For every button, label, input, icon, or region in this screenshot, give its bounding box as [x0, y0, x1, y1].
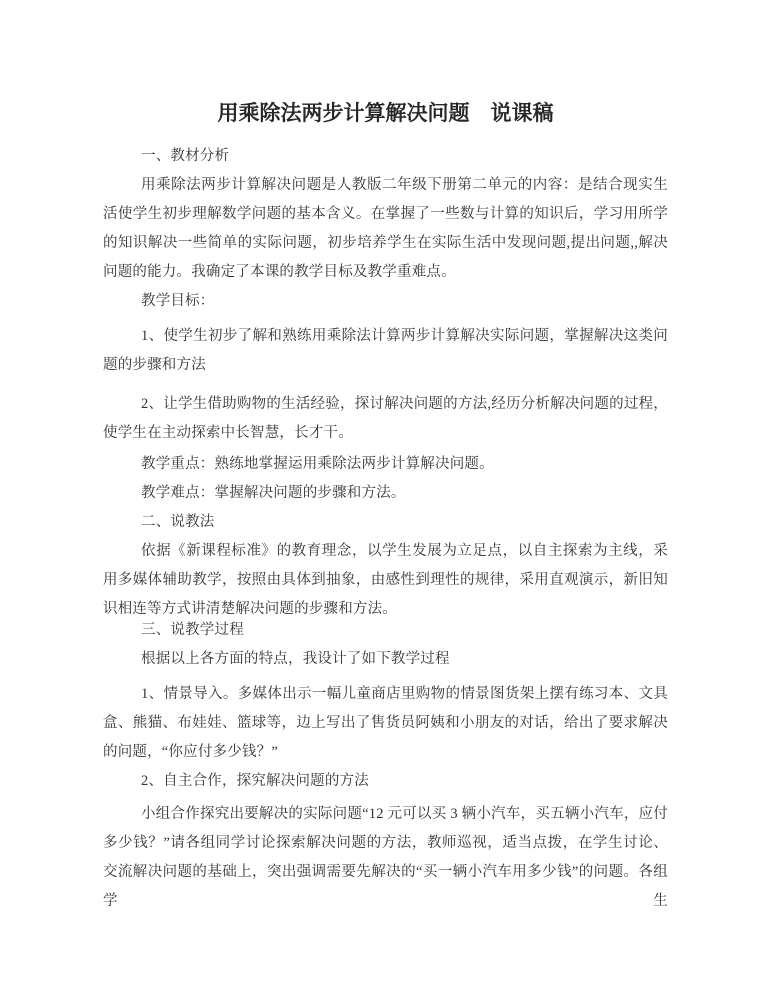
document-page: 用乘除法两步计算解决问题 说课稿 一、教材分析 用乘除法两步计算解决问题是人教版…	[0, 0, 770, 1000]
paragraph-objective-2: 2、让学生借助购物的生活经验，探讨解决问题的方法,经历分析解决问题的过程，使学生…	[103, 390, 668, 448]
paragraph-group-exploration: 小组合作探究出要解决的实际问题“12 元可以买 3 辆小汽车，买五辆小汽车，应付…	[103, 800, 668, 916]
paragraph-cooperation-heading: 2、自主合作，探究解决问题的方法	[103, 767, 668, 796]
paragraph-teaching-difficulty: 教学难点：掌握解决问题的步骤和方法。	[103, 479, 668, 508]
paragraph-objective-1: 1、使学生初步了解和熟练用乘除法计算两步计算解决实际问题，掌握解决这类问题的步骤…	[103, 322, 668, 380]
paragraph-material-analysis: 用乘除法两步计算解决问题是人教版二年级下册第二单元的内容：是结合现实生活使学生初…	[103, 171, 668, 287]
label-teaching-objectives: 教学目标：	[103, 287, 668, 316]
document-title: 用乘除法两步计算解决问题 说课稿	[103, 96, 668, 130]
section-heading-teaching-method: 二、说教法	[103, 508, 668, 537]
paragraph-process-intro: 根据以上各方面的特点，我设计了如下教学过程	[103, 645, 668, 674]
paragraph-teaching-method: 依据《新课程标准》的教育理念，以学生发展为立足点，以自主探索为主线，采用多媒体辅…	[103, 537, 668, 624]
paragraph-scene-introduction: 1、情景导入。多媒体出示一幅儿童商店里购物的情景图货架上摆有练习本、文具盒、熊猫…	[103, 680, 668, 767]
section-heading-material-analysis: 一、教材分析	[103, 142, 668, 171]
document-content: 用乘除法两步计算解决问题 说课稿 一、教材分析 用乘除法两步计算解决问题是人教版…	[0, 0, 770, 916]
paragraph-teaching-key-point: 教学重点：熟练地掌握运用乘除法两步计算解决问题。	[103, 450, 668, 479]
